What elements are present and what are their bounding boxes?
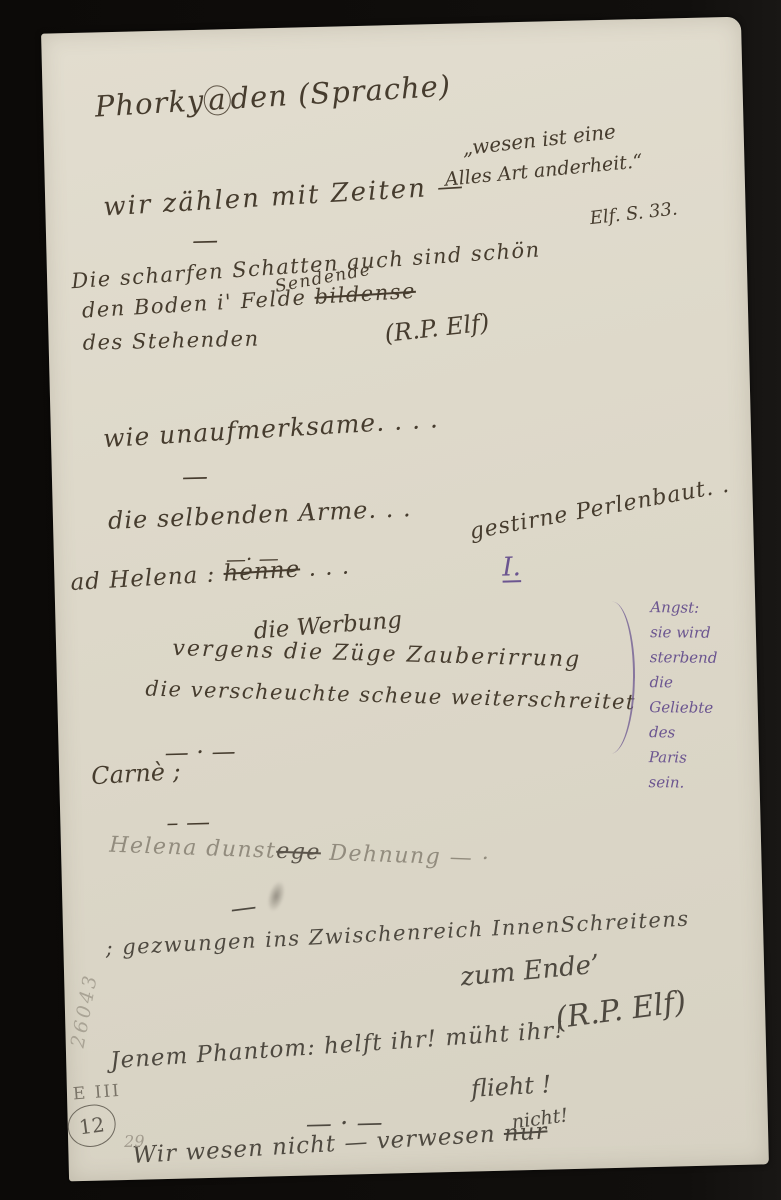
title-circled-letter: a [203, 85, 231, 116]
verse-line-vergens: vergens die Züge Zauberirrung [172, 638, 581, 671]
verse-line-zaehlen: wir zählen mit Zeiten — [103, 173, 466, 220]
violet-margin-note: Angst: sie wird sterbend die Geliebte de… [648, 595, 760, 796]
title-post: den (Sprache) [229, 69, 452, 116]
verse-line-carne: Carnè ; [91, 759, 182, 788]
wirwesen-inserted-word: nicht! [511, 1106, 569, 1132]
source-reference-1: (R.P. Elf) [383, 310, 490, 346]
archive-leaf-number-circled: 12 [65, 1102, 118, 1150]
verse-line-unaufmerksam: wie unaufmerksame. . . . [102, 406, 439, 451]
verse-line-selbenden: die selbenden Arme. . . [108, 496, 412, 533]
title-pre: Phorky [94, 83, 205, 123]
adhelena-dots: . . . [299, 553, 350, 582]
verse-line-phantom: Jenem Phantom: helft ihr! müht ihr! [110, 1019, 566, 1073]
verse-line-zum-ende: zum Ende’ [459, 952, 600, 991]
margin-note-line: die [649, 670, 759, 696]
archive-inventory-number-vertical: 26043 [65, 950, 106, 1071]
verse-line-ad-helena: ad Helena : henne . . . [70, 555, 351, 595]
motto-citation: Elf. S. 33. [589, 200, 679, 228]
manuscript-page: Phorkyaden (Sprache) „wesen ist eine All… [41, 17, 769, 1182]
margin-note-line: Paris [649, 745, 759, 771]
pencil-overwritten-word: ege [276, 839, 322, 866]
page-title: Phorkyaden (Sprache) [94, 72, 452, 123]
scan-background: { "colors": { "background": "#0f0d0b", "… [0, 0, 781, 1200]
archive-shelfmark: E III [72, 1083, 121, 1104]
source-reference-2: (R.P. Elf) [554, 988, 688, 1035]
motto-quote-line1: „wesen ist eine [461, 121, 617, 158]
separator-dash: – — [166, 810, 210, 835]
margin-note-line: Angst: [650, 595, 760, 621]
archive-sub-number: 29 [124, 1134, 145, 1150]
margin-note-line: des [649, 720, 759, 746]
verse-line-gezwungen: ; gezwungen ins Zwischenreich InnenSchre… [105, 909, 690, 960]
verse-line-flieht: flieht ! [470, 1072, 552, 1101]
leaf-number: 12 [78, 1114, 106, 1137]
separator-dash: — [192, 227, 219, 254]
adhelena-struck-word: henne [223, 556, 301, 587]
pencil-text: Helena dunst [109, 833, 277, 864]
verse-line-schatten-3: des Stehenden [82, 328, 259, 353]
margin-note-line: sein. [648, 770, 758, 796]
pencil-line-helena-dehnung: Helena dunstege Dehnung — · [109, 835, 491, 871]
verse-line-perlen: gestirne Perlenbaut. . [468, 475, 731, 544]
separator-dash: — [182, 464, 209, 491]
margin-note-line: sie wird [650, 620, 760, 646]
margin-note-line: Geliebte [649, 695, 759, 721]
violet-margin-bracket [608, 602, 636, 754]
pencil-text: Dehnung — · [320, 840, 490, 871]
margin-note-line: sterbend [650, 645, 760, 671]
verse-line-verscheuchte: die verscheuchte scheue weiterschreitet [145, 679, 636, 714]
graphite-smudge [264, 879, 288, 914]
adhelena-text: ad Helena : [70, 561, 225, 596]
violet-roman-numeral: I. [502, 554, 521, 580]
separator-dash: — [229, 893, 258, 922]
